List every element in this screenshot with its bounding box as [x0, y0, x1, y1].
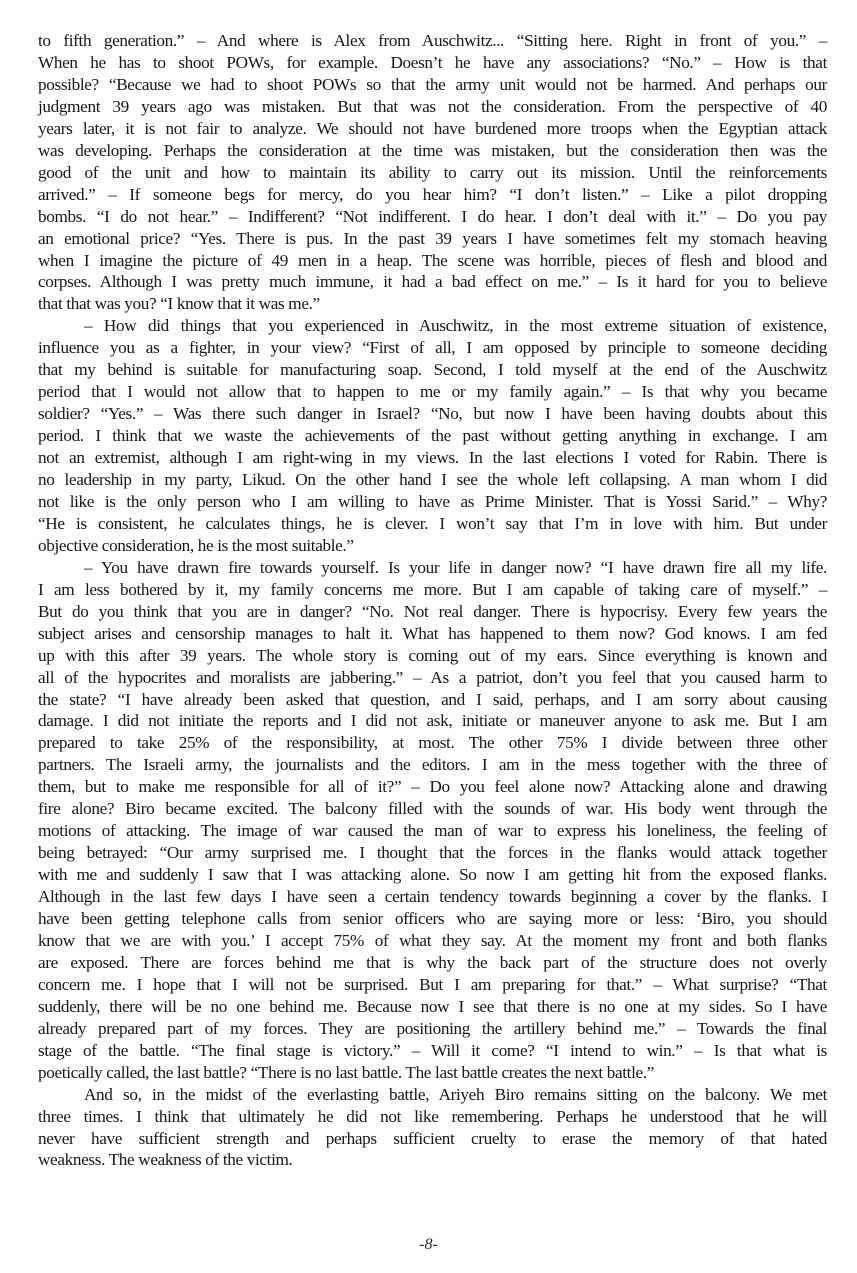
text-line: not like is the only person who I am wil… [38, 491, 827, 513]
text-line: that that was you? “I know that it was m… [38, 293, 827, 315]
text-line: being betrayed: “Our army surprised me. … [38, 842, 827, 864]
text-line: weakness. The weakness of the victim. [38, 1149, 827, 1171]
text-line: arrived.” – If someone begs for mercy, d… [38, 184, 827, 206]
text-line: – You have drawn fire towards yourself. … [84, 557, 827, 579]
text-line: motions of attacking. The image of war c… [38, 820, 827, 842]
text-line: years later, it is not fair to analyze. … [38, 118, 827, 140]
text-line: bombs. “I do not hear.” – Indifferent? “… [38, 206, 827, 228]
text-line: suddenly, there will be no one behind me… [38, 996, 827, 1018]
text-line: up with this after 39 years. The whole s… [38, 645, 827, 667]
text-line: poetically called, the last battle? “The… [38, 1062, 827, 1084]
text-line: But do you think that you are in danger?… [38, 601, 827, 623]
text-line: never have sufficient strength and perha… [38, 1128, 827, 1150]
text-line: all of the hypocrites and moralists are … [38, 667, 827, 689]
text-line: an emotional price? “Yes. There is pus. … [38, 228, 827, 250]
text-line: soldier? “Yes.” – Was there such danger … [38, 403, 827, 425]
text-line: not an extremist, although I am right-wi… [38, 447, 827, 469]
text-line: Although in the last few days I have see… [38, 886, 827, 908]
text-line: subject arises and censorship manages to… [38, 623, 827, 645]
text-line: objective consideration, he is the most … [38, 535, 827, 557]
page-number: -8- [0, 1236, 857, 1254]
text-line: already prepared part of my forces. They… [38, 1018, 827, 1040]
text-line: When he has to shoot POWs, for example. … [38, 52, 827, 74]
text-line: corpses. Although I was pretty much immu… [38, 271, 827, 293]
text-line: them, but to make me responsible for all… [38, 776, 827, 798]
text-line: concern me. I hope that I will not be su… [38, 974, 827, 996]
text-line: partners. The Israeli army, the journali… [38, 754, 827, 776]
text-line: prepared to take 25% of the responsibili… [38, 732, 827, 754]
text-line: have been getting telephone calls from s… [38, 908, 827, 930]
text-line: I am less bothered by it, my family conc… [38, 579, 827, 601]
text-line: – How did things that you experienced in… [84, 315, 827, 337]
text-line: are exposed. There are forces behind me … [38, 952, 827, 974]
text-line: damage. I did not initiate the reports a… [38, 710, 827, 732]
text-line: with me and suddenly I saw that I was at… [38, 864, 827, 886]
text-line: possible? “Because we had to shoot POWs … [38, 74, 827, 96]
text-line: to fifth generation.” – And where is Ale… [38, 30, 827, 52]
text-line: influence you as a fighter, in your view… [38, 337, 827, 359]
text-line: “He is consistent, he calculates things,… [38, 513, 827, 535]
text-line: know that we are with you.’ I accept 75%… [38, 930, 827, 952]
text-line: three times. I think that ultimately he … [38, 1106, 827, 1128]
text-line: And so, in the midst of the everlasting … [84, 1084, 827, 1106]
text-line: fire alone? Biro became excited. The bal… [38, 798, 827, 820]
text-line: no leadership in my party, Likud. On the… [38, 469, 827, 491]
text-line: period that I would not allow that to ha… [38, 381, 827, 403]
text-line: stage of the battle. “The final stage is… [38, 1040, 827, 1062]
text-line: when I imagine the picture of 49 men in … [38, 250, 827, 272]
text-line: that my behind is suitable for manufactu… [38, 359, 827, 381]
text-line: period. I think that we waste the achiev… [38, 425, 827, 447]
text-line: was developing. Perhaps the consideratio… [38, 140, 827, 162]
text-line: judgment 39 years ago was mistaken. But … [38, 96, 827, 118]
text-line: the state? “I have already been asked th… [38, 689, 827, 711]
text-line: good of the unit and how to maintain its… [38, 162, 827, 184]
